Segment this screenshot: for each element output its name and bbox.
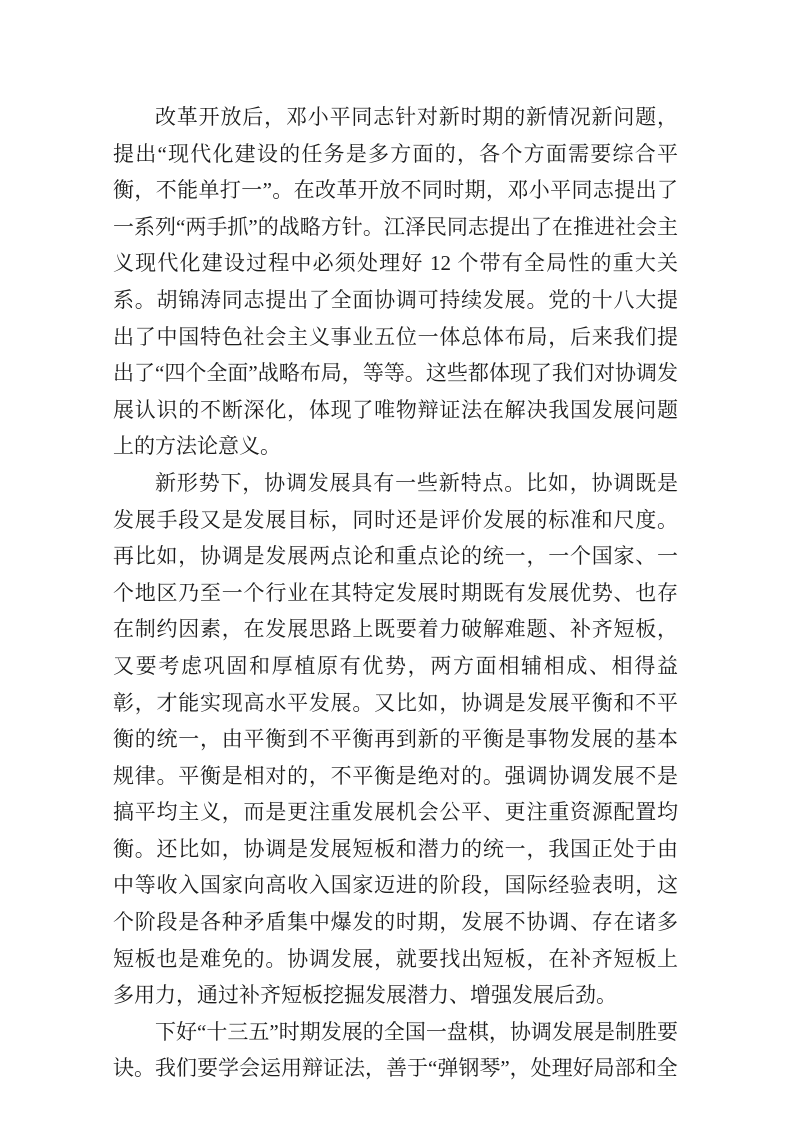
paragraph-history-of-coordination: 改革开放后，邓小平同志针对新时期的新情况新问题，提出“现代化建设的任务是多方面的… — [113, 99, 678, 465]
document-text-block: 改革开放后，邓小平同志针对新时期的新情况新问题，提出“现代化建设的任务是多方面的… — [113, 99, 678, 1087]
paragraph-thirteenth-five-year-plan: 下好“十三五”时期发展的全国一盘棋，协调发展是制胜要诀。我们要学会运用辩证法，善… — [113, 1014, 678, 1087]
paragraph-new-features-of-coordination: 新形势下，协调发展具有一些新特点。比如，协调既是发展手段又是发展目标，同时还是评… — [113, 465, 678, 1014]
document-page: 改革开放后，邓小平同志针对新时期的新情况新问题，提出“现代化建设的任务是多方面的… — [0, 0, 793, 1122]
